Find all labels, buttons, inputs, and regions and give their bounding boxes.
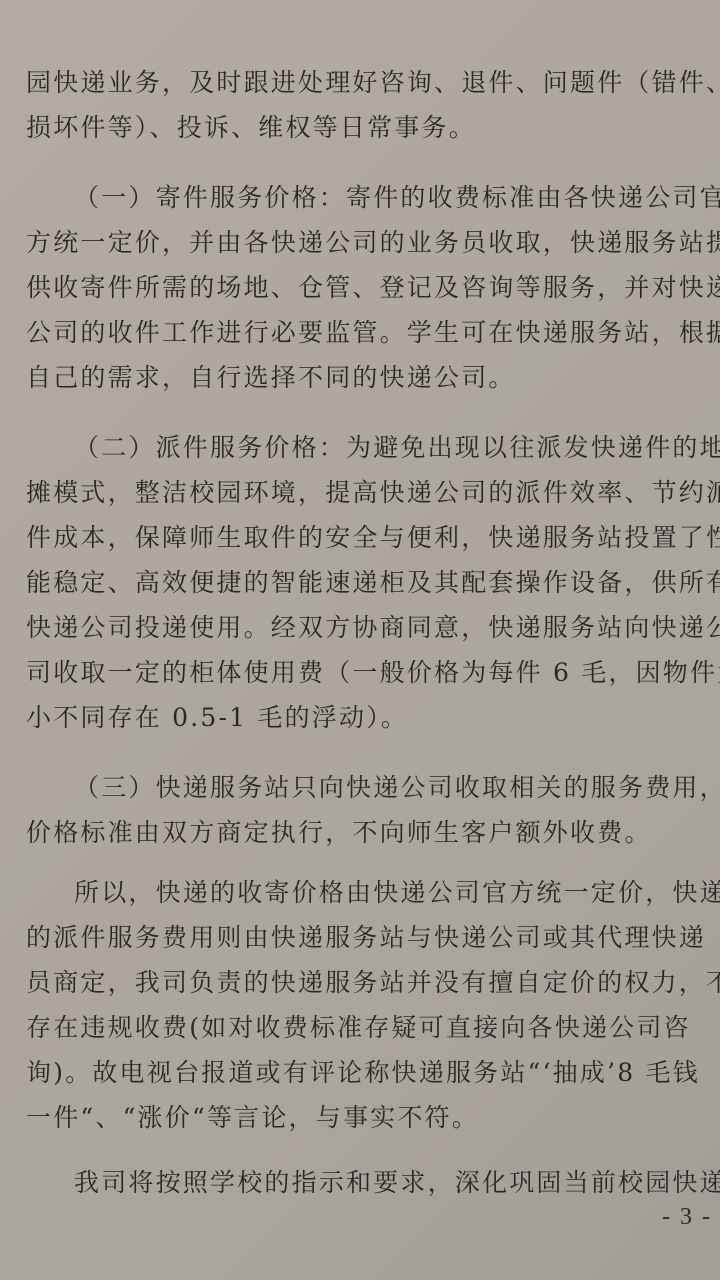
text-line-18: 的派件服务费用则由快递服务站与快递公司或其代理快递 bbox=[26, 923, 700, 953]
section-heading-2-line: （二）派件服务价格：为避免出现以往派发快递件的地 bbox=[74, 433, 700, 463]
text-line-5: 供收寄件所需的场地、仓管、登记及咨询等服务，并对快递 bbox=[26, 273, 700, 303]
section-heading-1-line: （一）寄件服务价格：寄件的收费标准由各快递公司官 bbox=[74, 183, 700, 213]
document-page: 园快递业务，及时跟进处理好咨询、退件、问题件（错件、 损坏件等）、投诉、维权等日… bbox=[0, 0, 720, 1280]
text-line-19: 员商定，我司负责的快递服务站并没有擅自定价的权力，不 bbox=[26, 968, 700, 998]
text-line-2: 损坏件等）、投诉、维权等日常事务。 bbox=[26, 113, 700, 143]
text-line-7: 自己的需求，自行选择不同的快递公司。 bbox=[26, 363, 700, 393]
text-line-14: 小不同存在 0.5-1 毛的浮动）。 bbox=[26, 703, 700, 733]
final-paragraph-start: 我司将按照学校的指示和要求，深化巩固当前校园快递 bbox=[74, 1168, 700, 1198]
text-line-10: 件成本，保障师生取件的安全与便利，快递服务站投置了性 bbox=[26, 523, 700, 553]
text-line-12: 快递公司投递使用。经双方协商同意，快递服务站向快递公 bbox=[26, 613, 700, 643]
text-line-13: 司收取一定的柜体使用费（一般价格为每件 6 毛，因物件大 bbox=[26, 658, 700, 688]
text-line-16: 价格标准由双方商定执行，不向师生客户额外收费。 bbox=[26, 818, 700, 848]
text-line-9: 摊模式，整洁校园环境，提高快递公司的派件效率、节约派 bbox=[26, 478, 700, 508]
text-line-11: 能稳定、高效便捷的智能速递柜及其配套操作设备，供所有 bbox=[26, 568, 700, 598]
text-line-4: 方统一定价，并由各快递公司的业务员收取，快递服务站提 bbox=[26, 228, 700, 258]
text-line-21: 询)。故电视台报道或有评论称快递服务站“‘抽成’8 毛钱 bbox=[26, 1058, 700, 1088]
text-line-20: 存在违规收费(如对收费标准存疑可直接向各快递公司咨 bbox=[26, 1013, 700, 1043]
conclusion-paragraph-start: 所以，快递的收寄价格由快递公司官方统一定价，快递 bbox=[74, 878, 700, 908]
text-line-1: 园快递业务，及时跟进处理好咨询、退件、问题件（错件、 bbox=[26, 68, 700, 98]
text-line-6: 公司的收件工作进行必要监管。学生可在快递服务站，根据 bbox=[26, 318, 700, 348]
page-number: - 3 - bbox=[662, 1204, 712, 1231]
text-line-22: 一件“、“涨价“等言论，与事实不符。 bbox=[26, 1103, 700, 1133]
section-heading-3-line: （三）快递服务站只向快递公司收取相关的服务费用， bbox=[74, 773, 700, 803]
